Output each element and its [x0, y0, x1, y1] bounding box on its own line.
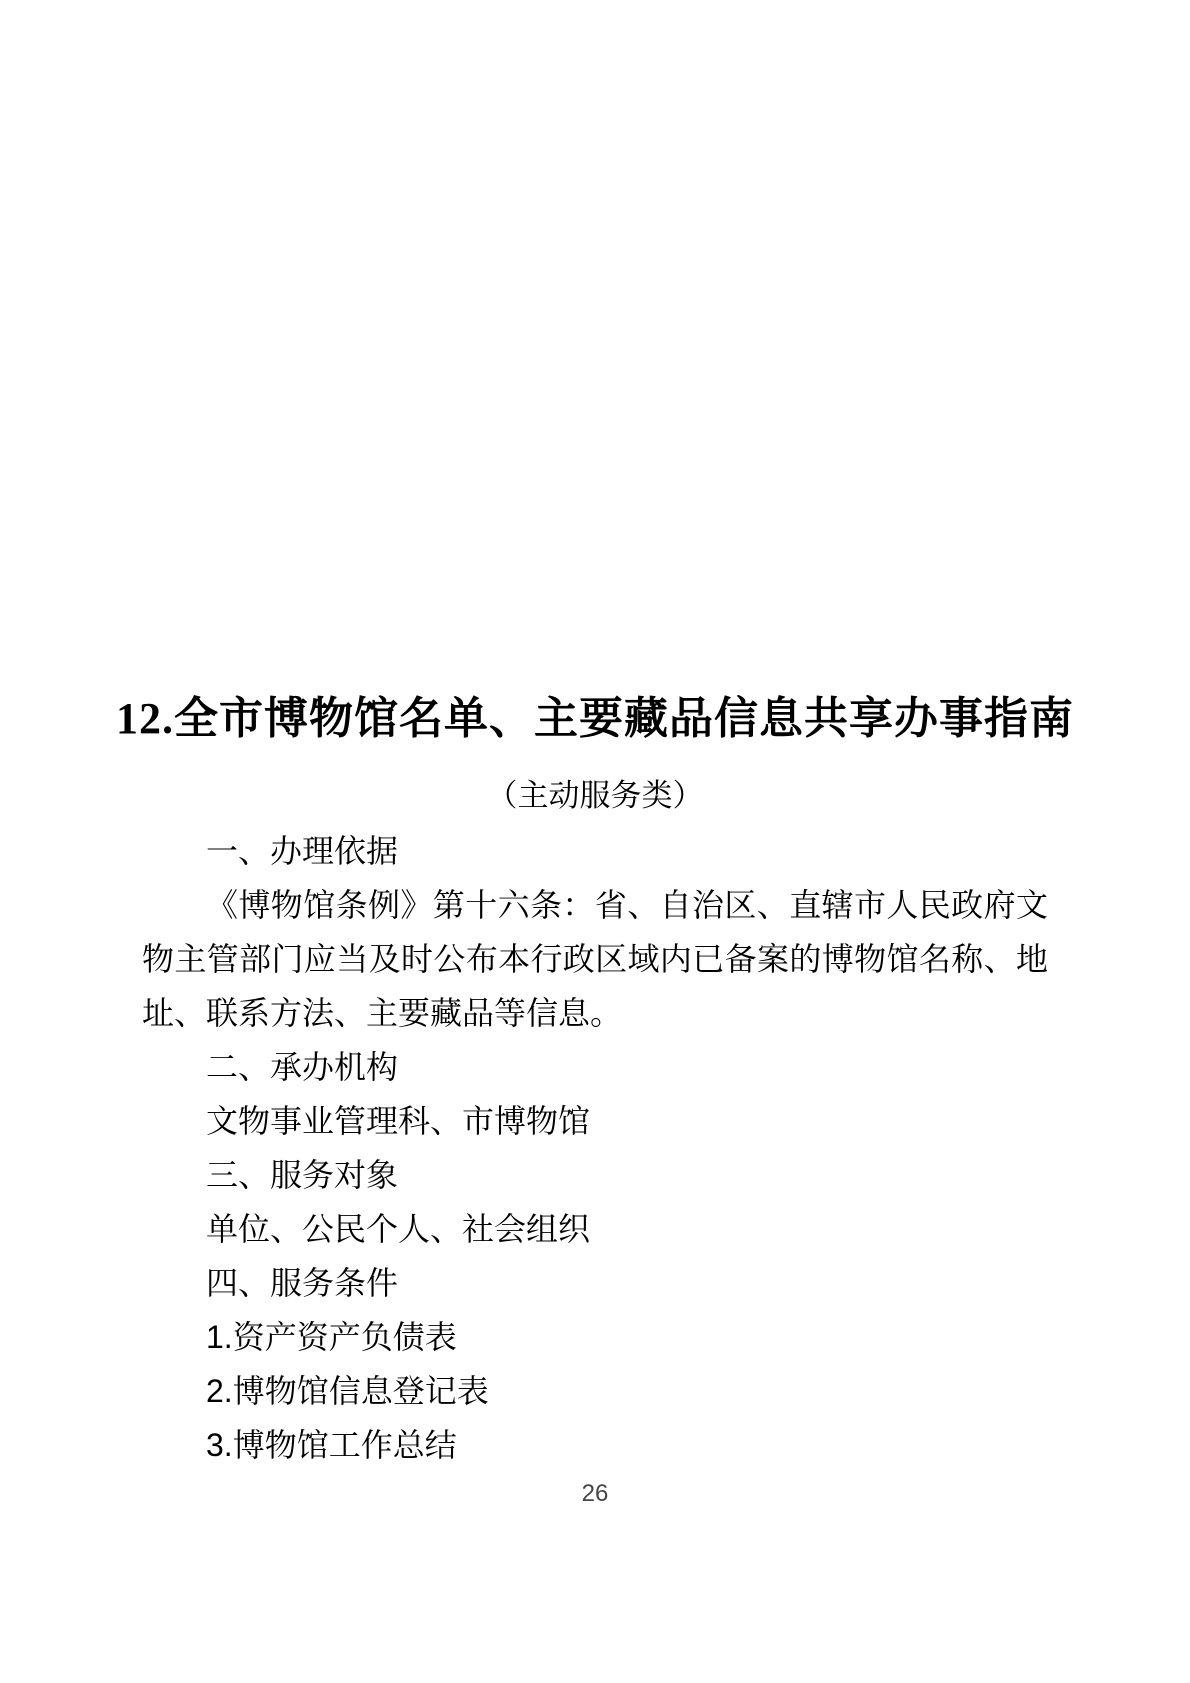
section-heading-basis: 一、办理依据 — [142, 824, 1048, 878]
section-heading-service-conditions: 四、服务条件 — [142, 1256, 1048, 1310]
document-title: 12.全市博物馆名单、主要藏品信息共享办事指南 — [0, 688, 1190, 750]
document-body: 一、办理依据 《博物馆条例》第十六条：省、自治区、直辖市人民政府文物主管部门应当… — [142, 824, 1048, 1472]
service-condition-item-1: 1.资产资产负债表 — [142, 1310, 1048, 1364]
service-condition-item-2: 2.博物馆信息登记表 — [142, 1364, 1048, 1418]
section-heading-service-target: 三、服务对象 — [142, 1148, 1048, 1202]
paragraph-legal-basis: 《博物馆条例》第十六条：省、自治区、直辖市人民政府文物主管部门应当及时公布本行政… — [142, 878, 1048, 1040]
section-heading-agency: 二、承办机构 — [142, 1040, 1048, 1094]
document-page: 12.全市博物馆名单、主要藏品信息共享办事指南 （主动服务类） 一、办理依据 《… — [0, 0, 1190, 1683]
service-condition-item-3: 3.博物馆工作总结 — [142, 1418, 1048, 1472]
page-number: 26 — [0, 1479, 1190, 1509]
service-target-content: 单位、公民个人、社会组织 — [142, 1202, 1048, 1256]
agency-content: 文物事业管理科、市博物馆 — [142, 1094, 1048, 1148]
document-subtitle: （主动服务类） — [0, 774, 1190, 818]
